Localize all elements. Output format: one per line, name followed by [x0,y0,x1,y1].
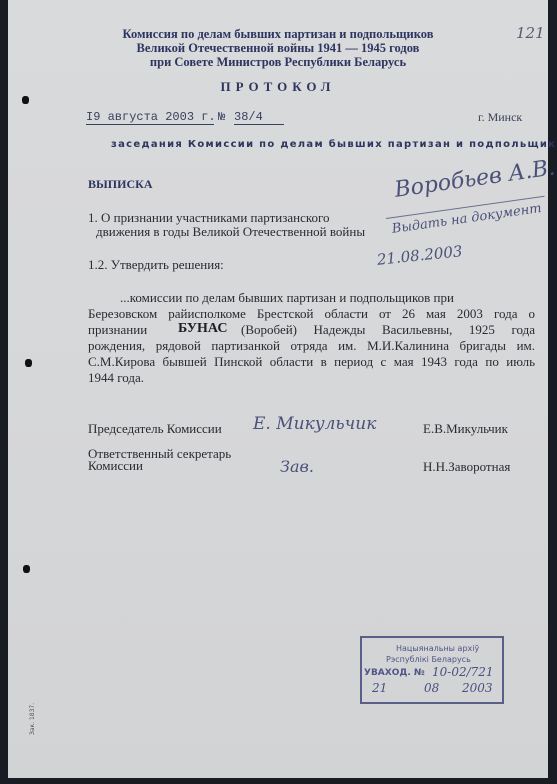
punch-hole [23,565,30,573]
header-line-3: при Совете Министров Республики Беларусь [8,55,548,69]
decision-line-2: Березовском райисполкоме Брестской облас… [88,306,535,322]
protocol-date: I9 августа 2003 г. [86,110,214,125]
margin-note: Зак. 1837. [29,703,36,735]
chair-signature: Е. Микульчик [253,414,376,434]
decision-line-1: ...комиссии по делам бывших партизан и п… [120,290,535,306]
stamp-date-day: 21 [372,681,387,695]
chair-name: Е.В.Микульчик [423,420,508,437]
punch-hole [22,96,29,104]
protocol-number: 38/4 [234,110,284,125]
header-line-1: Комиссия по делам бывших партизан и подп… [8,27,548,41]
decision-line-4: рождения, рядовой партизанкой отряда им.… [88,338,535,354]
handwritten-name: Воробьев А.В. [393,155,557,202]
decision-line-6: 1944 года. [88,370,144,386]
protocol-number-label: № [218,110,225,124]
secretary-name: Н.Н.Заворотная [423,458,510,475]
stamp-line-1: Нацыянальны архіў [396,644,479,653]
secretary-title-line-2: Комиссии [88,459,143,472]
secretary-signature: Зав. [280,457,314,476]
page-title: ПРОТОКОЛ [8,79,548,95]
document-page: Комиссия по делам бывших партизан и подп… [8,0,548,778]
person-surname: БУНАС [178,321,227,337]
stamp-date-month: 08 [424,681,439,695]
protocol-city: г. Минск [478,109,522,126]
item-1-line-2: движения в годы Великой Отечественной во… [96,223,365,240]
punch-hole [25,359,32,367]
chair-title: Председатель Комиссии [88,420,222,437]
stamp-date-year: 2003 [462,681,493,695]
meeting-line: заседания Комиссии по делам бывших парти… [111,139,557,150]
header-line-2: Великой Отечественной войны 1941 — 1945 … [8,41,548,55]
item-1-2: 1.2. Утвердить решения: [88,256,224,273]
archive-stamp: Нацыянальны архіў Рэспублікі Беларусь УВ… [360,636,504,704]
stamp-line-2: Рэспублікі Беларусь [386,655,471,664]
decision-line-5: С.М.Кирова бывшей Пинской области в пери… [88,354,535,370]
stamp-line-3-label: УВАХОД. № [364,668,425,678]
decision-line-3b: (Воробей) Надежды Васильевны, 1925 года [241,322,535,338]
page-number: 121 [516,24,545,42]
decision-line-3a: признании [88,322,147,338]
stamp-line-3-value: 10-02/721 [432,665,494,679]
handwritten-date: 21.08.2003 [376,242,463,269]
extract-label: ВЫПИСКА [88,177,153,192]
